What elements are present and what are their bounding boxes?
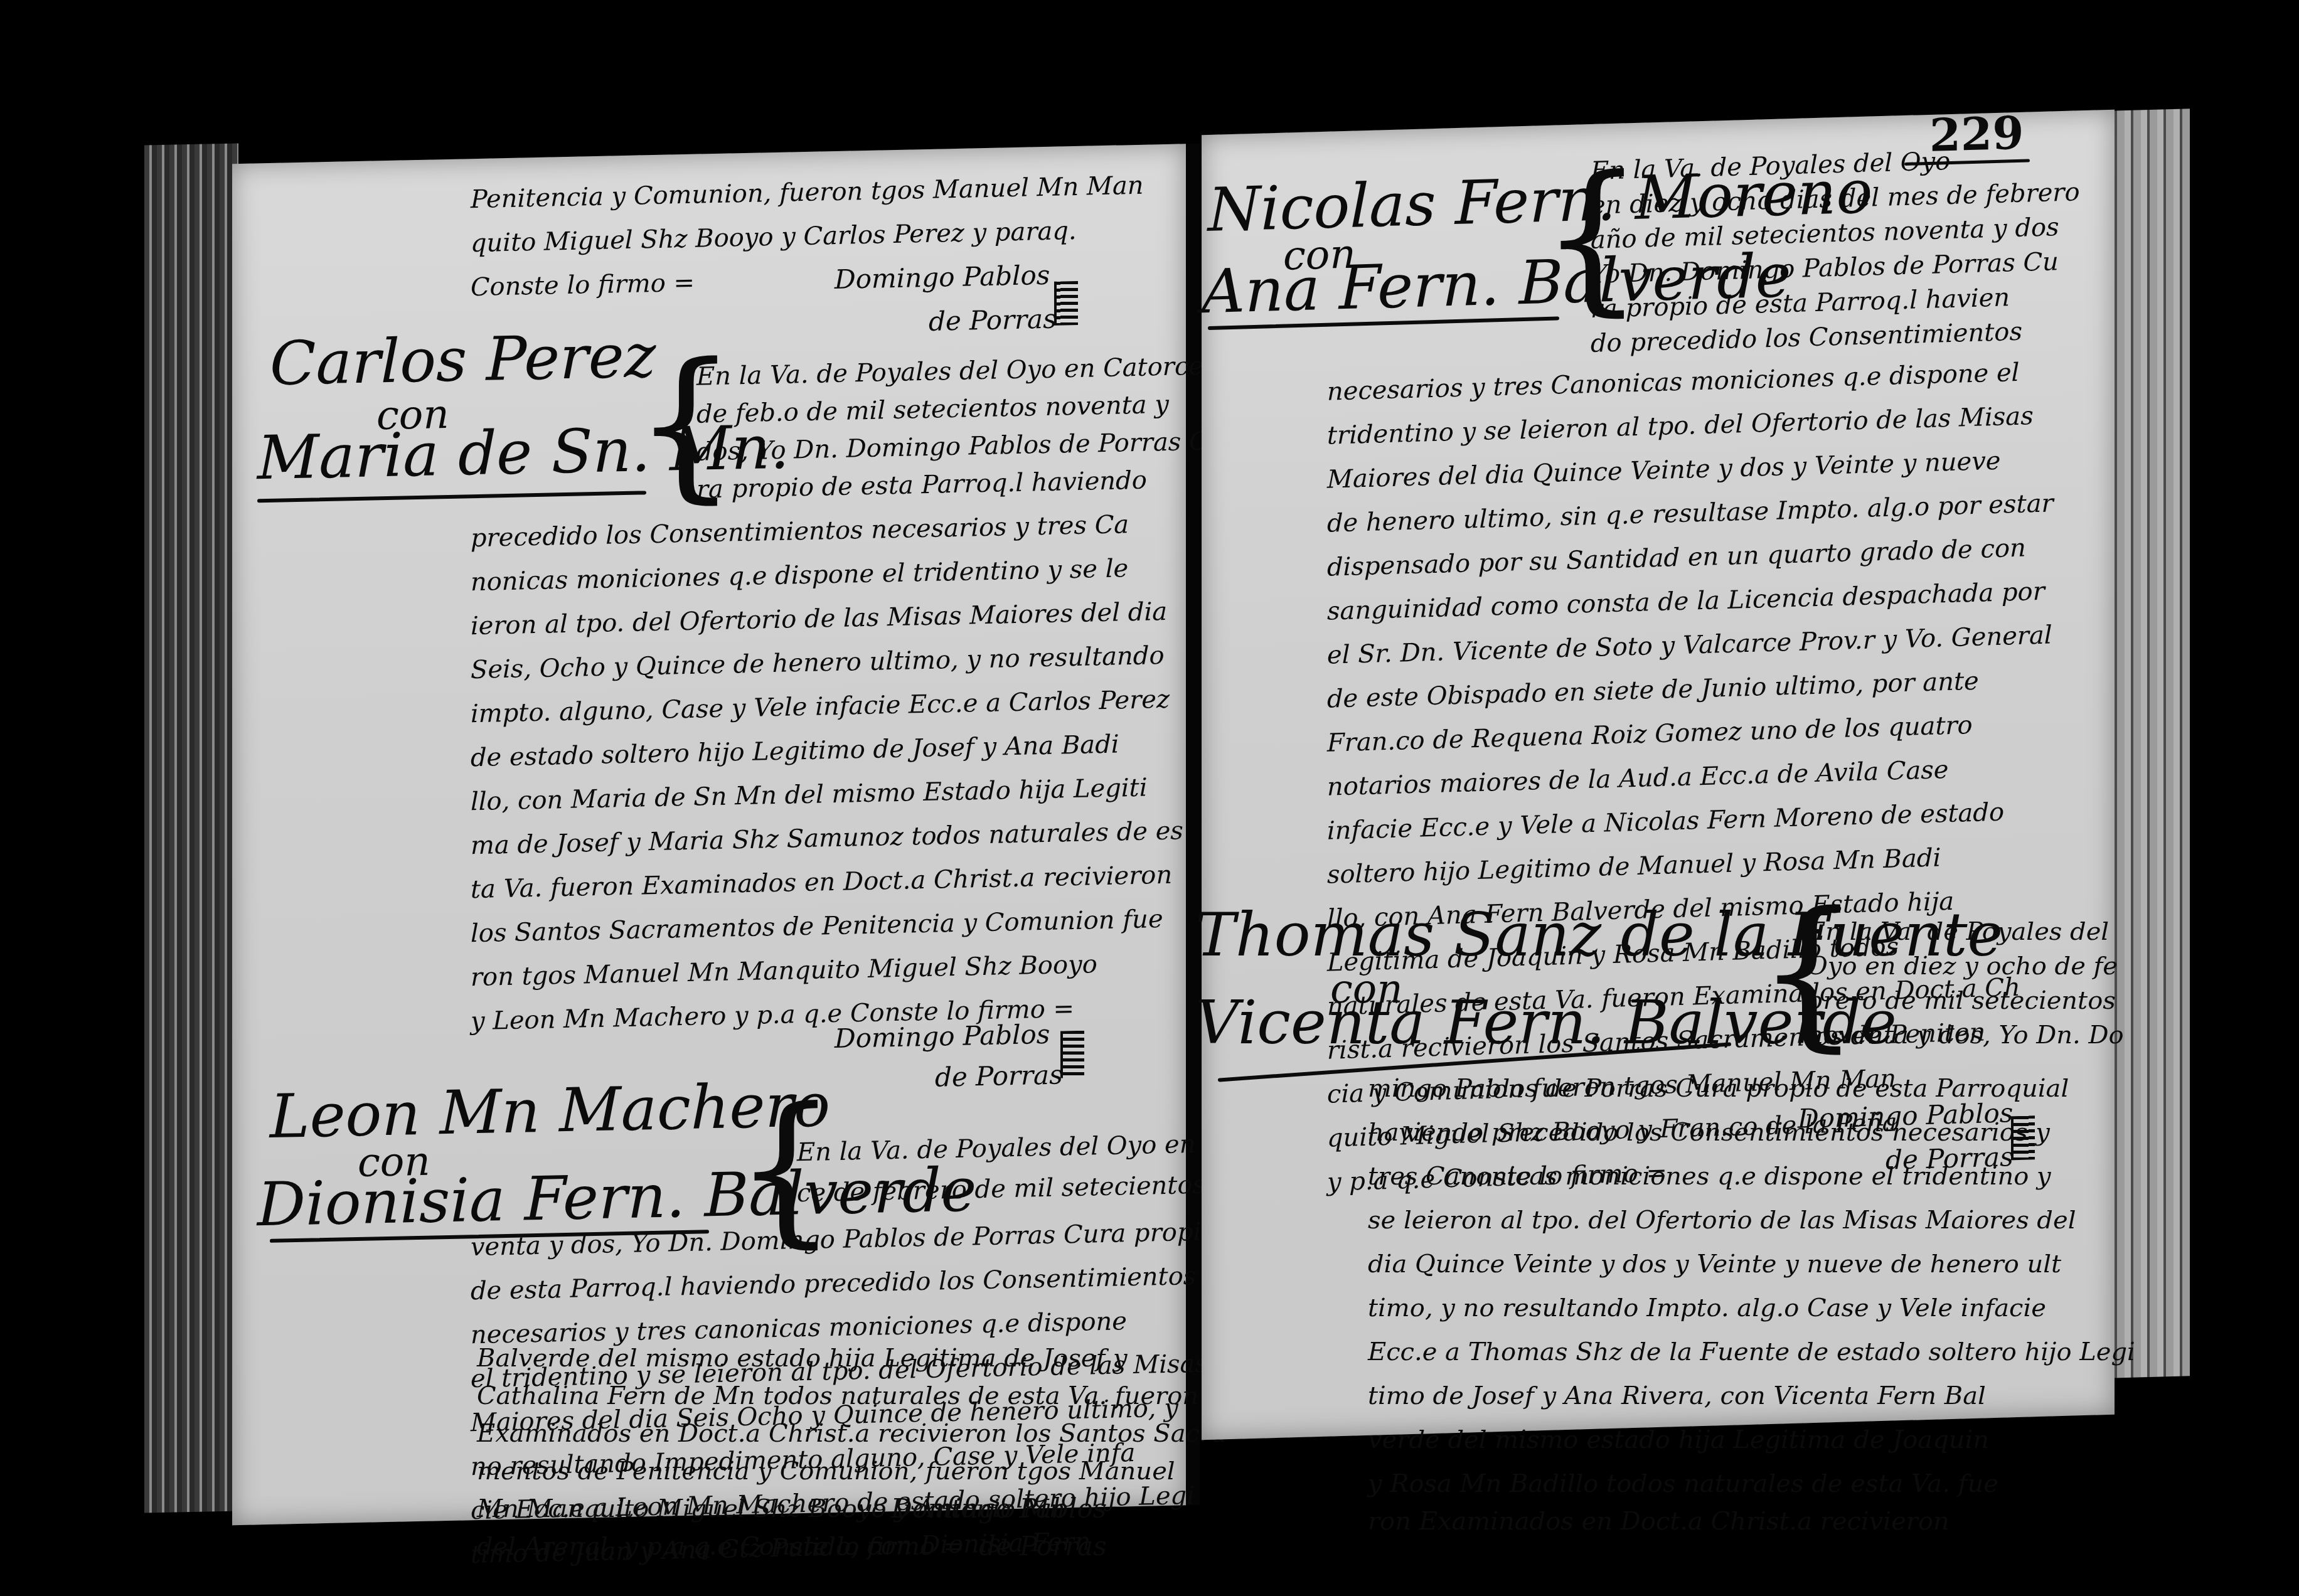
right-page-stack-edge <box>2108 109 2190 1378</box>
entry-line: Ecc.e a Thomas Shz de la Fuente de estad… <box>1368 1330 2135 1375</box>
heading-underline <box>257 491 646 503</box>
signature-surname: de Porras <box>935 1059 1063 1092</box>
rubric-flourish-icon <box>1060 1031 1084 1078</box>
signature-name: Domingo Pablos <box>835 1019 1050 1054</box>
entry-line: dia Quince Veinte y dos y Veinte y nueve… <box>1368 1242 2061 1287</box>
entry-line: tres Canonicas moniciones q.e dispone el… <box>1368 1154 2051 1199</box>
continuation-line: Conste lo firmo = <box>471 261 695 310</box>
entry-line: mingo Pablos de Porras Cura propio de es… <box>1368 1067 2069 1111</box>
entry-line: ce de febrero de mil setecientos no <box>797 1162 1245 1216</box>
entry-heading-groom: Carlos Perez <box>270 324 656 395</box>
signature-name: Domingo Pablos <box>891 1493 1106 1524</box>
entry-line: noventa y dos, Yo Dn. Do <box>1807 1013 2124 1058</box>
entry-line: verde del mismo estado hija Legitima de … <box>1368 1418 1989 1462</box>
entry-line: del Arenal, y p.a q.e Conste lo firmo = <box>477 1524 964 1569</box>
left-page-stack-edge <box>144 143 238 1513</box>
entry-line: timo, y no resultando Impto. alg.o Case … <box>1368 1286 2046 1331</box>
signature-surname: de Porras <box>929 304 1057 337</box>
entry-line: timo de Josef y Ana Rivera, con Vicenta … <box>1368 1374 1986 1418</box>
entry-line: se leieron al tpo. del Ofertorio de las … <box>1368 1198 2076 1243</box>
rubric-flourish-icon <box>1054 281 1078 326</box>
left-page: Penitencia y Comunion, fueron tgos Manue… <box>232 144 1200 1525</box>
entry-line: haviendo precedido los Consentimientos n… <box>1368 1110 2050 1155</box>
signature-surname: de Porras <box>979 1531 1107 1561</box>
signature-name: Domingo Pablos <box>835 260 1050 295</box>
entry-line: ron Examinados en Doct.a Christ.a recivi… <box>1368 1499 1950 1544</box>
